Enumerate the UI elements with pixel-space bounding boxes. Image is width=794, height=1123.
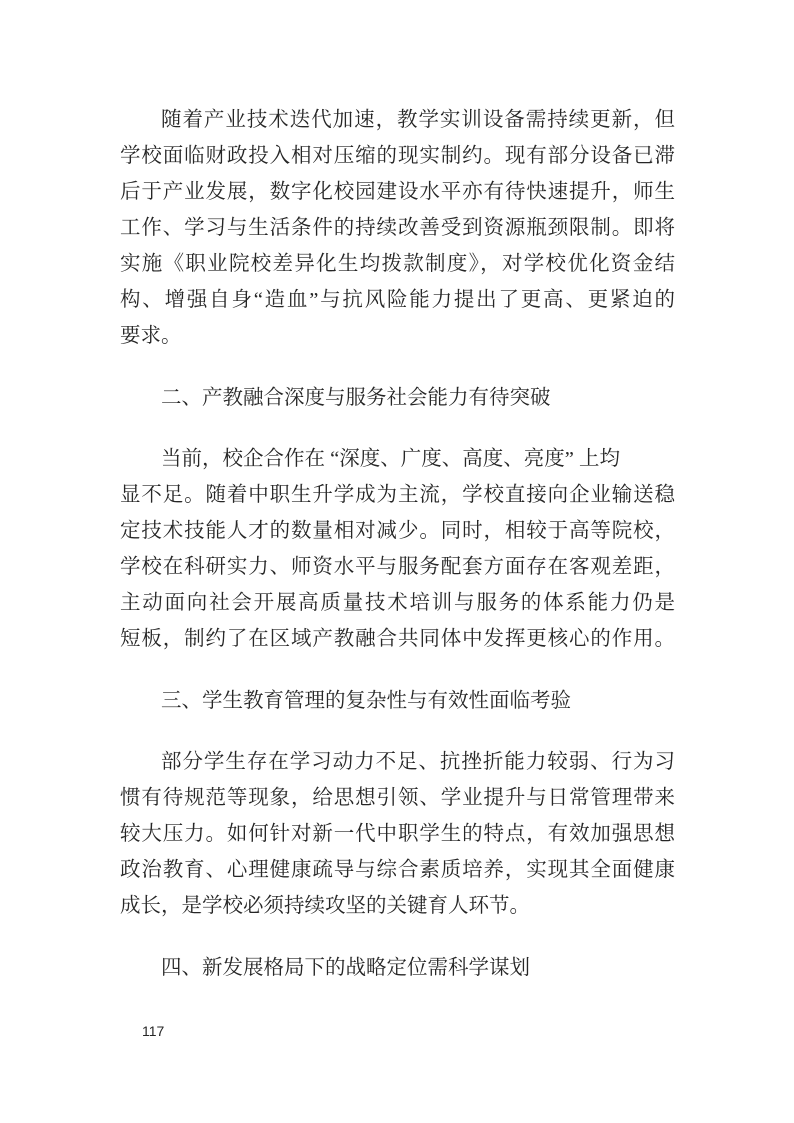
text-line: 学校面临财政投入相对压缩的现实制约。现有部分设备已滞 <box>120 138 675 174</box>
section-heading: 二、产教融合深度与服务社会能力有待突破 <box>120 380 675 416</box>
text-line: 工作、学习与生活条件的持续改善受到资源瓶颈限制。即将 <box>120 210 675 246</box>
text-line: 随着产业技术迭代加速，教学实训设备需持续更新，但 <box>120 102 675 138</box>
text-line: 学校在科研实力、师资水平与服务配套方面存在客观差距， <box>120 549 675 585</box>
text-line: 主动面向社会开展高质量技术培训与服务的体系能力仍是 <box>120 585 675 621</box>
paragraph: 随着产业技术迭代加速，教学实训设备需持续更新，但学校面临财政投入相对压缩的现实制… <box>120 102 675 354</box>
heading-text: 三、学生教育管理的复杂性与有效性面临考验 <box>120 683 675 719</box>
paragraph: 当前，校企合作在 “深度、广度、高度、亮度” 上均显不足。随着中职生升学成为主流… <box>120 441 675 657</box>
document-page: 随着产业技术迭代加速，教学实训设备需持续更新，但学校面临财政投入相对压缩的现实制… <box>0 0 794 1123</box>
document-body: 随着产业技术迭代加速，教学实训设备需持续更新，但学校面临财政投入相对压缩的现实制… <box>120 102 675 1011</box>
text-line: 后于产业发展，数字化校园建设水平亦有待快速提升，师生 <box>120 174 675 210</box>
text-line: 显不足。随着中职生升学成为主流，学校直接向企业输送稳 <box>120 477 675 513</box>
text-line: 政治教育、心理健康疏导与综合素质培养，实现其全面健康 <box>120 852 675 888</box>
text-line: 惯有待规范等现象，给思想引领、学业提升与日常管理带来 <box>120 780 675 816</box>
text-line: 成长，是学校必须持续攻坚的关键育人环节。 <box>120 888 675 924</box>
text-line: 较大压力。如何针对新一代中职学生的特点，有效加强思想 <box>120 816 675 852</box>
text-line: 要求。 <box>120 318 675 354</box>
text-line: 部分学生存在学习动力不足、抗挫折能力较弱、行为习 <box>120 744 675 780</box>
page-number: 117 <box>142 1022 164 1040</box>
text-line: 定技术技能人才的数量相对减少。同时，相较于高等院校， <box>120 513 675 549</box>
section-heading: 四、新发展格局下的战略定位需科学谋划 <box>120 950 675 986</box>
text-line: 当前，校企合作在 “深度、广度、高度、亮度” 上均 <box>120 441 675 477</box>
text-line: 构、增强自身“造血”与抗风险能力提出了更高、更紧迫的 <box>120 282 675 318</box>
heading-text: 四、新发展格局下的战略定位需科学谋划 <box>120 950 675 986</box>
heading-text: 二、产教融合深度与服务社会能力有待突破 <box>120 380 675 416</box>
text-line: 短板，制约了在区域产教融合共同体中发挥更核心的作用。 <box>120 621 675 657</box>
section-heading: 三、学生教育管理的复杂性与有效性面临考验 <box>120 683 675 719</box>
paragraph: 部分学生存在学习动力不足、抗挫折能力较弱、行为习惯有待规范等现象，给思想引领、学… <box>120 744 675 924</box>
text-line: 实施《职业院校差异化生均拨款制度》，对学校优化资金结 <box>120 246 675 282</box>
